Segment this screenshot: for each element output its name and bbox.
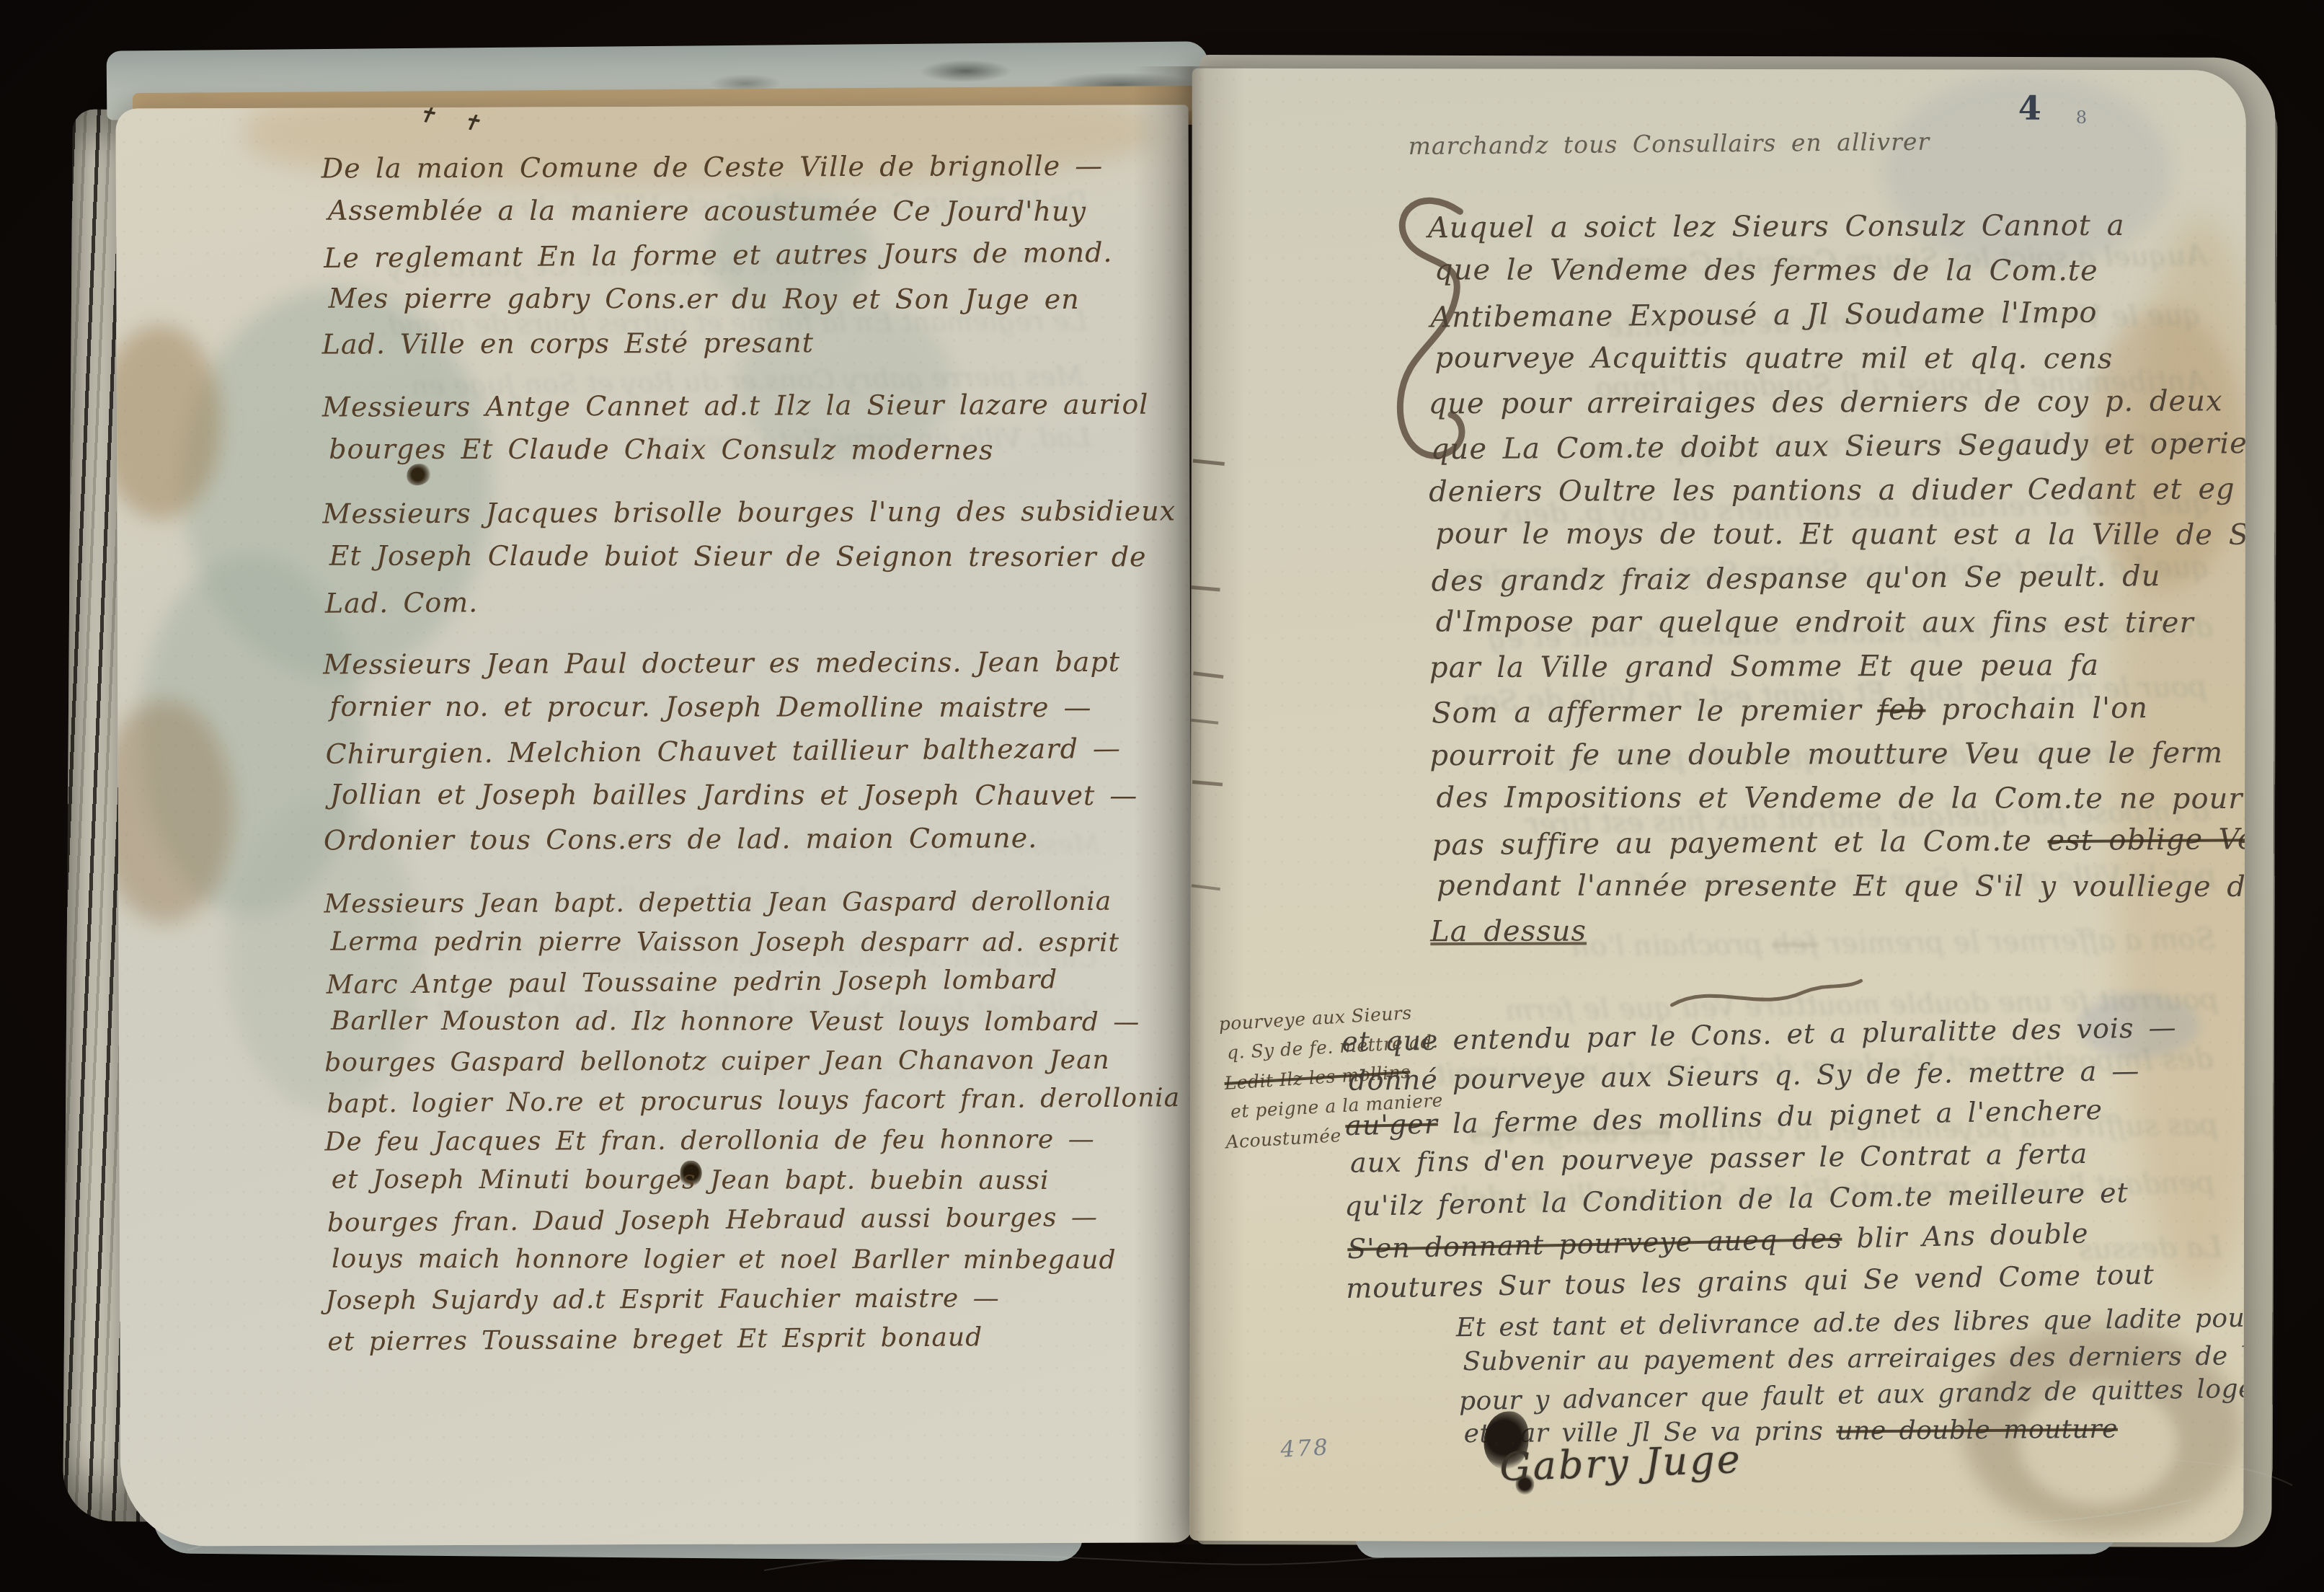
line-segment: est oblige Ves bbox=[2047, 823, 2245, 857]
manuscript-line: Lad. Ville en corps Esté presant bbox=[322, 319, 1180, 366]
closing-text: Et est tant et delivrance ad.te des libr… bbox=[1455, 1301, 2245, 1455]
line-segment: des Impositions et Vendeme de la Com.te … bbox=[1437, 781, 2246, 815]
line-segment: Messieurs Antge Cannet ad.t Ilz la Sieur… bbox=[322, 389, 1149, 423]
manuscript-line: Messieurs Jean bapt. depettia Jean Gaspa… bbox=[324, 881, 1181, 924]
judge-signature: Gabry Juge bbox=[1499, 1436, 1742, 1490]
manuscript-line: Lad. Com. bbox=[325, 575, 1181, 626]
folio-secondary-mark: 8 bbox=[2076, 107, 2087, 128]
line-segment: Messieurs Jacques brisolle bourges l'ung… bbox=[322, 495, 1176, 529]
foliation-number: 478 bbox=[1280, 1434, 1331, 1462]
manuscript-line: bourges fran. Daud Joseph Hebraud aussi … bbox=[327, 1197, 1183, 1243]
manuscript-line: que pour arreiraiges des derniers de coy… bbox=[1429, 379, 2243, 426]
manuscript-line: Som a affermer le premier feb prochain l… bbox=[1432, 686, 2244, 735]
resolution-text: et que entendu par le Cons. et a plurali… bbox=[1341, 1006, 2240, 1309]
line-segment: De feu Jacques Et fran. derollonia de fe… bbox=[324, 1125, 1094, 1157]
line-segment: Et Joseph Claude buiot Sieur de Seignon … bbox=[329, 540, 1147, 573]
line-segment: Ordonier tous Cons.ers de lad. maion Com… bbox=[324, 822, 1037, 856]
paragraph: Messieurs Jean Paul docteur es medecins.… bbox=[323, 640, 1181, 862]
manuscript-line: pour le moys de tout. Et quant est a la … bbox=[1435, 512, 2243, 557]
line-segment: Marc Antge paul Toussaine pedrin Joseph … bbox=[327, 965, 1058, 999]
paragraph: Messieurs Jacques brisolle bourges l'ung… bbox=[322, 489, 1181, 624]
manuscript-line: que le Vendeme des fermes de la Com.te bbox=[1434, 248, 2243, 293]
manuscript-line: Joseph Sujardy ad.t Esprit Fauchier mais… bbox=[325, 1278, 1183, 1320]
line-segment: Messieurs Jean bapt. depettia Jean Gaspa… bbox=[324, 887, 1112, 919]
line-segment: que le Vendeme des fermes de la Com.te bbox=[1434, 253, 2098, 287]
manuscript-line: Auquel a soict lez Sieurs Consulz Cannot… bbox=[1428, 203, 2243, 250]
line-segment: S'en donnant pourveye aueq des bbox=[1347, 1223, 1842, 1265]
line-segment: Et est tant et delivrance ad.te des libr… bbox=[1455, 1303, 2245, 1343]
line-segment: la ferme des mollins du pignet a l'enche… bbox=[1437, 1094, 2103, 1140]
paragraph: Messieurs Jean bapt. depettia Jean Gaspa… bbox=[324, 881, 1183, 1360]
manuscript-line: Assemblée a la maniere acoustumée Ce Jou… bbox=[328, 189, 1179, 234]
manuscript-line: pourroit fe une double moutture Veu que … bbox=[1429, 731, 2244, 778]
line-segment: Joseph Sujardy ad.t Esprit Fauchier mais… bbox=[325, 1283, 1000, 1315]
header-line: marchandz tous Consullairs en allivrer bbox=[1408, 128, 1930, 160]
line-segment: Acoustumée bbox=[1225, 1125, 1342, 1152]
line-segment: que La Com.te doibt aux Sieurs Segaudy e… bbox=[1431, 427, 2246, 466]
line-segment: par la Ville grand Somme Et que peua fa bbox=[1429, 649, 2099, 684]
line-segment: pourroit fe une double moutture Veu que … bbox=[1429, 736, 2223, 772]
left-page: De la maion Comune de Ceste Ville de bri… bbox=[116, 105, 1194, 1546]
line-segment: De la maion Comune de Ceste Ville de bri… bbox=[321, 150, 1104, 185]
manuscript-line: Barller Mouston ad. Ilz honnore Veust lo… bbox=[331, 1001, 1182, 1043]
line-segment: Som a affermer le premier bbox=[1432, 694, 1878, 730]
manuscript-line: pas suffire au payement et la Com.te est… bbox=[1432, 818, 2245, 867]
manuscript-line: bourges Et Claude Chaix Consulz modernes bbox=[329, 428, 1180, 473]
manuscript-line: par la Ville grand Somme Et que peua fa bbox=[1429, 643, 2244, 690]
line-segment: Mes pierre gabry Cons.er du Roy et Son J… bbox=[328, 283, 1079, 315]
line-segment: Subvenir au payement des arreiraiges des… bbox=[1463, 1340, 2246, 1376]
manuscript-line: d'Impose par quelque endroit aux fins es… bbox=[1436, 600, 2244, 645]
line-segment: d'Impose par quelque endroit aux fins es… bbox=[1436, 605, 2194, 639]
right-page: Auquel a soict lez Sieurs Consulz Cannot… bbox=[1189, 68, 2246, 1543]
line-segment: pas suffire au payement et la Com.te bbox=[1432, 824, 2048, 862]
line-segment: Lad. Ville en corps Esté presant bbox=[322, 327, 815, 360]
manuscript-line: et Joseph Minuti bourges Jean bapt. bueb… bbox=[332, 1160, 1183, 1201]
line-segment: et Joseph Minuti bourges Jean bapt. bueb… bbox=[332, 1165, 1050, 1195]
manuscript-line: Ordonier tous Cons.ers de lad. maion Com… bbox=[324, 815, 1181, 862]
manuscript-line: bourges Gaspard bellonotz cuiper Jean Ch… bbox=[324, 1040, 1182, 1082]
line-segment: aux fins d'en pourveye passer le Contrat… bbox=[1350, 1138, 2088, 1179]
line-segment: feb bbox=[1877, 693, 1925, 726]
manuscript-line: louys maich honnore logier et noel Barll… bbox=[332, 1239, 1183, 1281]
line-segment: deniers Oultre les pantions a diuder Ced… bbox=[1429, 472, 2235, 508]
ink-cross-marks: ✝ ✝ bbox=[415, 105, 492, 138]
line-segment: Messieurs Jean Paul docteur es medecins.… bbox=[323, 646, 1120, 681]
binding-stitch bbox=[1192, 884, 1220, 890]
manuscript-line: De feu Jacques Et fran. derollonia de fe… bbox=[324, 1119, 1182, 1162]
line-segment: Assemblée a la maniere acoustumée Ce Jou… bbox=[328, 195, 1086, 227]
line-segment: Auquel a soict lez Sieurs Consulz Cannot… bbox=[1428, 209, 2125, 244]
binding-stitch bbox=[1193, 671, 1223, 678]
manuscript-line: et pierres Toussaine breget Et Esprit bo… bbox=[327, 1316, 1183, 1362]
line-segment: Lad. Com. bbox=[325, 586, 479, 619]
manuscript-line: Antibemane Expousé a Jl Soudame l'Impo bbox=[1430, 290, 2243, 340]
line-segment: louys maich honnore logier et noel Barll… bbox=[332, 1244, 1117, 1275]
line-segment: bourges Gaspard bellonotz cuiper Jean Ch… bbox=[324, 1045, 1110, 1078]
folio-number: 4 bbox=[2018, 89, 2041, 128]
manuscript-line: Jollian et Joseph bailles Jardins et Jos… bbox=[330, 773, 1181, 818]
manuscript-line: Marc Antge paul Toussaine pedrin Joseph … bbox=[327, 959, 1182, 1005]
manuscript-line: Messieurs Antge Cannet ad.t Ilz la Sieur… bbox=[322, 382, 1180, 429]
line-segment: donné pourveye aux Sieurs q. Sy de fe. m… bbox=[1349, 1055, 2140, 1097]
line-segment: une double mouture bbox=[1836, 1415, 2118, 1446]
line-segment: Jollian et Joseph bailles Jardins et Jos… bbox=[330, 779, 1138, 812]
line-segment: blir Ans double bbox=[1842, 1217, 2089, 1254]
line-segment: Antibemane Expousé a Jl Soudame l'Impo bbox=[1430, 296, 2097, 335]
line-segment: prochain l'on bbox=[1925, 691, 2148, 726]
manuscript-line: deniers Oultre les pantions a diuder Ced… bbox=[1429, 467, 2243, 514]
binding-stitch bbox=[1191, 719, 1218, 725]
line-segment: Lerma pedrin pierre Vaisson Joseph despa… bbox=[331, 927, 1119, 958]
manuscript-line: que La Com.te doibt aux Sieurs Segaudy e… bbox=[1431, 422, 2243, 472]
line-segment: pourveye Acquittis quatre mil et qlq. ce… bbox=[1434, 341, 2113, 375]
line-segment: fornier no. et procur. Joseph Demolline … bbox=[329, 691, 1091, 723]
line-segment: au'ger bbox=[1345, 1108, 1438, 1142]
binding-stitch bbox=[1191, 585, 1220, 592]
manuscript-line: des grandz fraiz despanse qu'on Se peult… bbox=[1431, 554, 2243, 603]
brown-stain bbox=[116, 699, 234, 924]
line-segment: bourges fran. Daud Joseph Hebraud aussi … bbox=[327, 1203, 1098, 1238]
line-segment: et pierres Toussaine breget Et Esprit bo… bbox=[327, 1322, 983, 1357]
manuscript-line: Messieurs Jacques brisolle bourges l'ung… bbox=[322, 489, 1180, 536]
binding-stitch bbox=[1193, 459, 1225, 466]
manuscript-line: pourveye Acquittis quatre mil et qlq. ce… bbox=[1434, 336, 2243, 381]
manuscript-line: Mes pierre gabry Cons.er du Roy et Son J… bbox=[328, 277, 1179, 322]
paragraph: De la maion Comune de Ceste Ville de bri… bbox=[321, 143, 1180, 366]
manuscript-photo: De la maion Comune de Ceste Ville de bri… bbox=[0, 0, 2324, 1592]
manuscript-line: bapt. logier No.re et procurus louys fac… bbox=[327, 1078, 1182, 1124]
line-segment: des grandz fraiz despanse qu'on Se peult… bbox=[1431, 560, 2160, 598]
line-segment: que pour arreiraiges des derniers de coy… bbox=[1429, 384, 2223, 420]
manuscript-line: De la maion Comune de Ceste Ville de bri… bbox=[321, 143, 1179, 190]
right-page-text: Auquel a soict lez Sieurs Consulz Cannot… bbox=[1428, 203, 2245, 954]
brown-stain bbox=[116, 324, 222, 520]
manuscript-line: pendant l'année presente Et que S'il y v… bbox=[1437, 864, 2245, 909]
binding-stitch bbox=[1192, 780, 1223, 787]
line-segment: Barller Mouston ad. Ilz honnore Veust lo… bbox=[331, 1007, 1140, 1038]
line-segment: bapt. logier No.re et procurus louys fac… bbox=[327, 1083, 1180, 1119]
line-segment: et que entendu par le Cons. et a plurali… bbox=[1341, 1012, 2177, 1058]
line-segment: Le reglemant En la forme et autres Jours… bbox=[324, 236, 1113, 274]
line-segment: Chirurgien. Melchion Chauvet taillieur b… bbox=[325, 733, 1121, 770]
manuscript-line: Le reglemant En la forme et autres Jours… bbox=[324, 230, 1179, 280]
manuscript-line: Lerma pedrin pierre Vaisson Joseph despa… bbox=[331, 922, 1182, 963]
manuscript-line: fornier no. et procur. Joseph Demolline … bbox=[329, 685, 1181, 730]
paragraph: Messieurs Antge Cannet ad.t Ilz la Sieur… bbox=[322, 382, 1180, 473]
line-segment: pour le moys de tout. Et quant est a la … bbox=[1435, 517, 2245, 552]
manuscript-line: Chirurgien. Melchion Chauvet taillieur b… bbox=[325, 726, 1181, 777]
left-page-text: De la maion Comune de Ceste Ville de bri… bbox=[321, 143, 1184, 1379]
line-segment: pendant l'année presente Et que S'il y v… bbox=[1437, 869, 2246, 903]
manuscript-line: des Impositions et Vendeme de la Com.te … bbox=[1437, 776, 2245, 821]
manuscript-line: Et Joseph Claude buiot Sieur de Seignon … bbox=[329, 534, 1181, 580]
manuscript-line: La dessus bbox=[1430, 907, 2245, 954]
line-segment: bourges Et Claude Chaix Consulz modernes bbox=[329, 433, 994, 466]
line-segment: La dessus bbox=[1430, 914, 1587, 948]
manuscript-line: Messieurs Jean Paul docteur es medecins.… bbox=[323, 640, 1181, 686]
